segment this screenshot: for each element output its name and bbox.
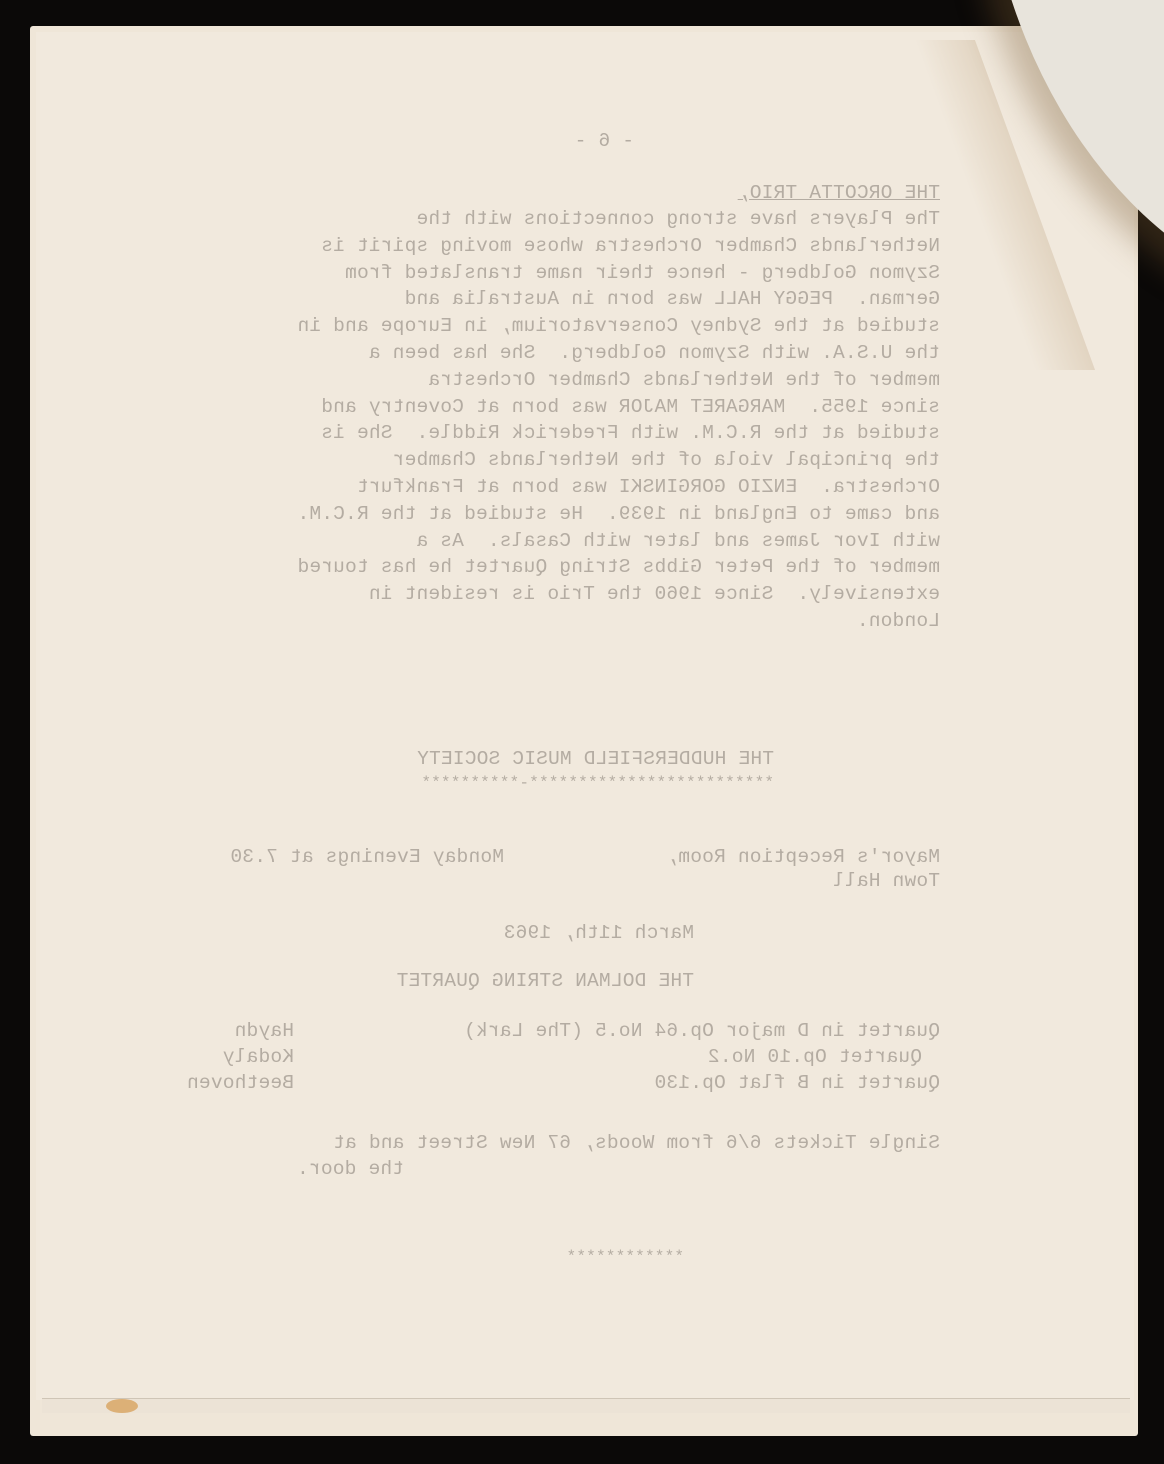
- programme-work: Quartet in B flat Op.130: [654, 1070, 940, 1097]
- biography-line: extensively. Since 1960 the Trio is resi…: [369, 581, 940, 608]
- tickets-line-1: Single Tickets 6/6 from Woods, 67 New St…: [333, 1130, 940, 1157]
- biography-line: since 1955. MARGARET MAJOR was born at C…: [321, 394, 940, 421]
- biography-line: Szymon Goldberg - hence their name trans…: [345, 260, 940, 287]
- programme-composer: Kodaly: [223, 1044, 294, 1071]
- programme-composer: Beethoven: [187, 1070, 294, 1097]
- programme-work: Quartet in D major Op.64 No.5 (The Lark): [464, 1018, 940, 1045]
- biography-line: The Players have strong connections with…: [416, 206, 940, 233]
- venue-line-2: Town Hall: [833, 868, 940, 895]
- biography-line: studied at the R.C.M. with Frederick Rid…: [321, 420, 940, 447]
- page-number: - 6 -: [574, 128, 634, 155]
- biography-line: with Ivor James and later with Casals. A…: [416, 528, 940, 555]
- biography-line: and came to England in 1939. He studied …: [297, 501, 940, 528]
- biography-line: member of the Netherlands Chamber Orches…: [428, 367, 940, 394]
- society-title: THE HUDDERSFIELD MUSIC SOCIETY: [417, 746, 774, 773]
- biography-line: the U.S.A. with Szymon Goldberg. She has…: [369, 340, 940, 367]
- tickets-line-2: the door.: [297, 1156, 404, 1183]
- concert-date: March 11th, 1963: [504, 920, 694, 947]
- biography-line: studied at the Sydney Conservatorium, in…: [297, 313, 940, 340]
- biography-line: the principal viola of the Netherlands C…: [393, 447, 941, 474]
- show-through-text: - 6 - THE ORCOTTA TRIO, The Players have…: [0, 0, 1164, 1464]
- biography-line: Netherlands Chamber Orchestra whose movi…: [321, 233, 940, 260]
- venue-line-1: Mayor's Reception Room,: [666, 844, 940, 871]
- performers: THE DOLMAN STRING QUARTET: [396, 968, 694, 995]
- biography-line: London.: [857, 608, 940, 635]
- section-heading: THE ORCOTTA TRIO,: [738, 180, 940, 207]
- biography-line: Orchestra. ENZIO GORGINSKI was born at F…: [357, 474, 940, 501]
- programme-composer: Haydn: [234, 1018, 294, 1045]
- programme-work: Quartet Op.10 No.2: [708, 1044, 922, 1071]
- society-rule: *************************-**********: [421, 770, 774, 797]
- end-rule: ************: [566, 1244, 684, 1271]
- biography-line: German. PEGGY HALL was born in Australia…: [404, 286, 940, 313]
- biography-line: member of the Peter Gibbs String Quartet…: [297, 554, 940, 581]
- concert-time: Monday Evenings at 7.30: [230, 844, 504, 871]
